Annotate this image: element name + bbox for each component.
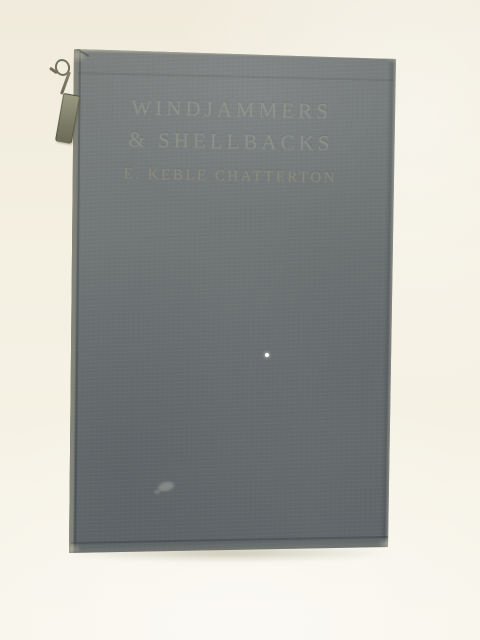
tag-glint — [58, 62, 61, 65]
cover-turn-in-ridge — [76, 72, 394, 81]
book-author: E. KEBLE CHATTERTON — [79, 163, 381, 189]
white-speck — [265, 353, 269, 357]
book-title-line-2: & SHELLBACKS — [80, 125, 382, 157]
book-title-line-1: WINDJAMMERS — [80, 93, 382, 125]
scuff-mark-small — [154, 490, 160, 494]
title-block: WINDJAMMERS & SHELLBACKS E. KEBLE CHATTE… — [79, 93, 383, 189]
book-cover: WINDJAMMERS & SHELLBACKS E. KEBLE CHATTE… — [58, 42, 406, 560]
photo: WINDJAMMERS & SHELLBACKS E. KEBLE CHATTE… — [0, 0, 480, 640]
